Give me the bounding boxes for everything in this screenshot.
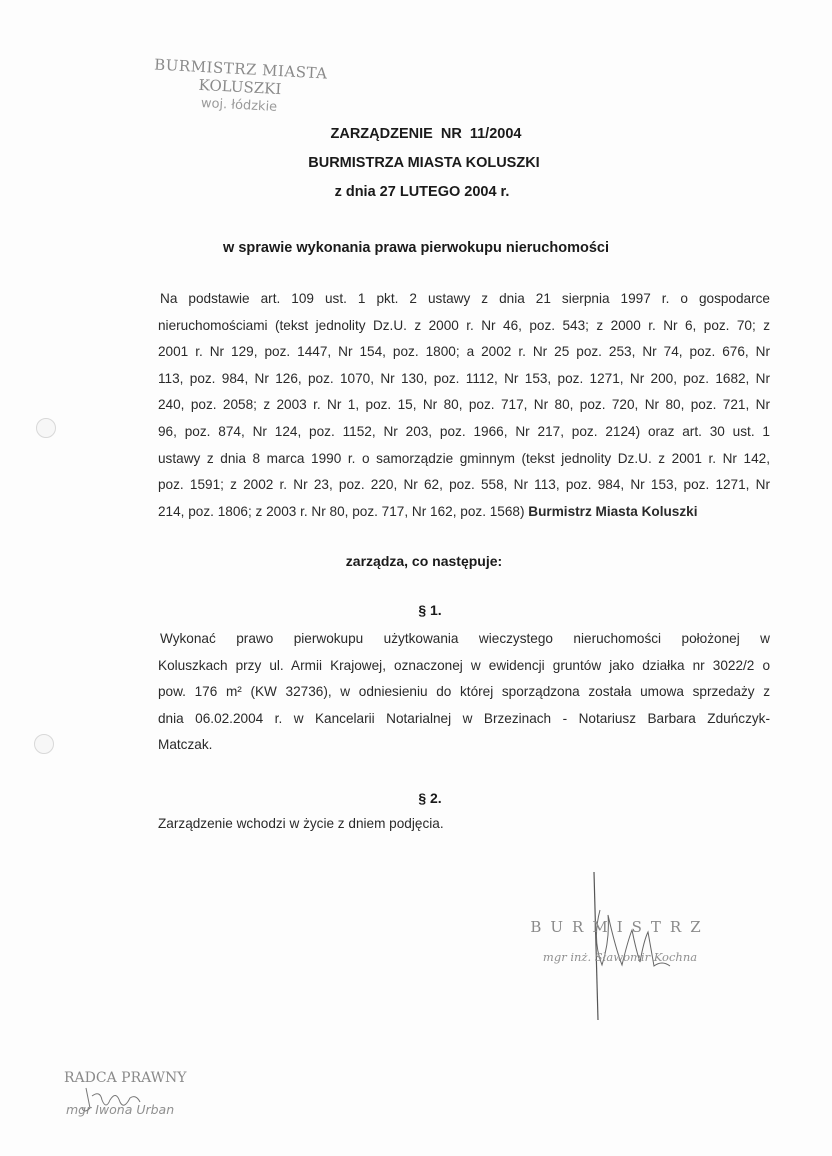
section-2-text: Zarządzenie wchodzi w życie z dniem podj… [158, 816, 444, 831]
preamble-line: 113, poz. 984, Nr 126, poz. 1070, Nr 130… [158, 366, 770, 393]
section-1-line: Koluszkach przy ul. Armii Krajowej, ozna… [158, 653, 770, 680]
section-1-line: dnia 06.02.2004 r. w Kancelarii Notarial… [158, 706, 770, 733]
document-issuer: BURMISTRZA MIASTA KOLUSZKI [8, 155, 832, 171]
preamble-line: ustawy z dnia 8 marca 1990 r. o samorząd… [158, 446, 770, 473]
preamble-line: nieruchomościami (tekst jednolity Dz.U. … [158, 313, 770, 340]
preamble-paragraph: Na podstawie art. 109 ust. 1 pkt. 2 usta… [158, 286, 770, 525]
signature-block: BURMISTRZ mgr inż. Sławomir Kochna [520, 918, 720, 964]
document-subject: w sprawie wykonania prawa pierwokupu nie… [0, 240, 832, 256]
section-1-line: pow. 176 m² (KW 32736), w odniesieniu do… [158, 679, 770, 706]
preamble-last-line: 214, poz. 1806; z 2003 r. Nr 80, poz. 71… [158, 499, 770, 526]
signature-name: mgr inż. Sławomir Kochna [520, 950, 720, 964]
preamble-authority: Burmistrz Miasta Koluszki [528, 504, 697, 519]
punch-hole [36, 418, 56, 438]
section-1-line: Wykonać prawo pierwokupu użytkowania wie… [158, 626, 770, 653]
legal-counsel-title: RADCA PRAWNY [64, 1070, 224, 1086]
document-date: z dnia 27 LUTEGO 2004 r. [6, 184, 832, 200]
decides-heading: zarządza, co następuje: [8, 553, 832, 569]
preamble-line: Na podstawie art. 109 ust. 1 pkt. 2 usta… [158, 286, 770, 313]
document-title: ZARZĄDZENIE NR 11/2004 [10, 126, 832, 142]
legal-counsel-signature [80, 1086, 150, 1116]
section-1-line: Matczak. [158, 732, 770, 759]
section-1-paragraph: Wykonać prawo pierwokupu użytkowania wie… [158, 626, 770, 759]
section-1-label: § 1. [14, 602, 832, 618]
office-stamp: BURMISTRZ MIASTA KOLUSZKI woj. łódzkie [139, 55, 341, 118]
preamble-line: 214, poz. 1806; z 2003 r. Nr 80, poz. 71… [158, 504, 525, 519]
punch-hole [34, 734, 54, 754]
section-2-label: § 2. [14, 790, 832, 806]
preamble-line: 96, poz. 874, Nr 124, poz. 1152, Nr 203,… [158, 419, 770, 446]
preamble-line: poz. 1591; z 2002 r. Nr 23, poz. 220, Nr… [158, 472, 770, 499]
preamble-line: 240, poz. 2058; z 2003 r. Nr 1, poz. 15,… [158, 392, 770, 419]
preamble-line: 2001 r. Nr 129, poz. 1447, Nr 154, poz. … [158, 339, 770, 366]
signature-title: BURMISTRZ [520, 918, 720, 936]
